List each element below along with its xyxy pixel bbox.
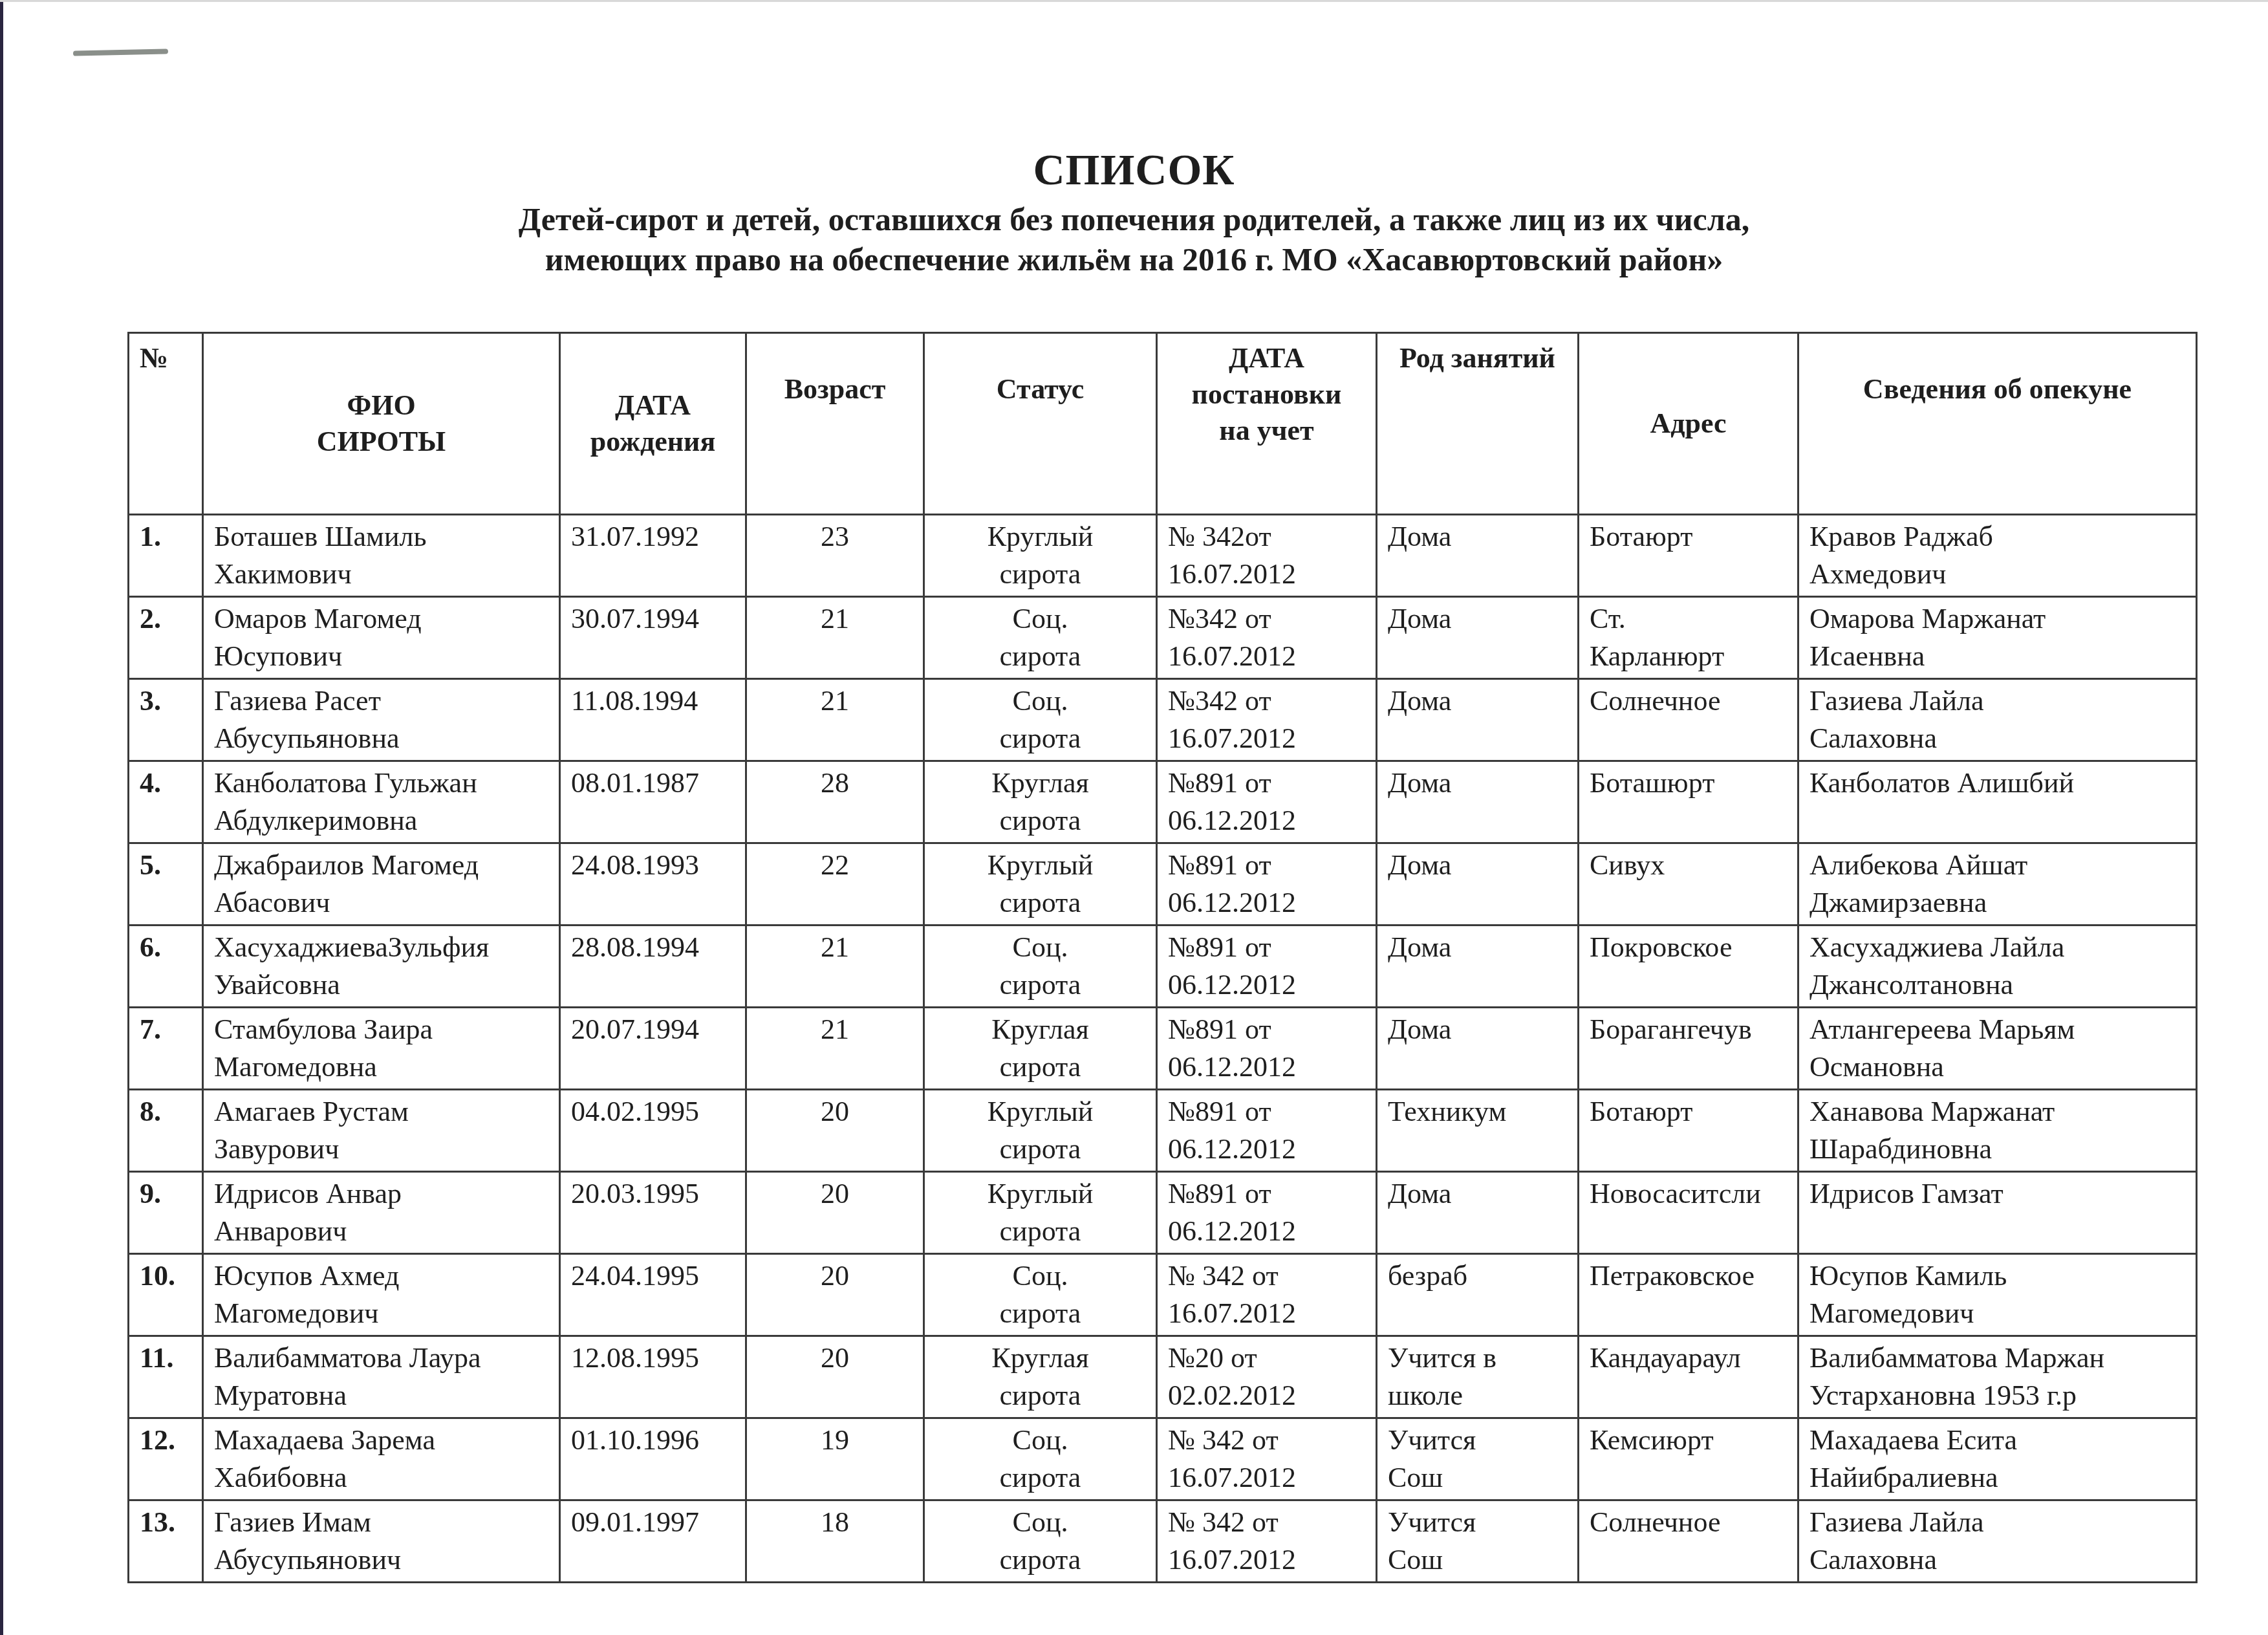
cell-status-line: сирота (935, 884, 1145, 922)
cell-birth-date: 12.08.1995 (560, 1336, 746, 1418)
cell-num: 8. (129, 1090, 203, 1172)
cell-age: 23 (746, 515, 924, 597)
cell-address: Сивух (1579, 843, 1798, 926)
cell-status-line: сирота (935, 802, 1145, 839)
cell-name-line: Абасович (214, 884, 548, 922)
cell-occupation: УчитсяСош (1377, 1418, 1579, 1500)
cell-guardian-line: Шарабдиновна (1809, 1131, 2185, 1168)
cell-age: 20 (746, 1336, 924, 1418)
cell-guardian-line: Валибамматова Маржан (1809, 1339, 2185, 1377)
cell-name-line: Завурович (214, 1131, 548, 1168)
table-row: 4.Канболатова ГульжанАбдулкеримовна08.01… (129, 761, 2197, 843)
cell-registration-line: 06.12.2012 (1168, 1213, 1365, 1250)
cell-name-line: Джабраилов Магомед (214, 847, 548, 884)
cell-status-line: сирота (935, 1377, 1145, 1414)
cell-name: Омаров МагомедЮсупович (203, 597, 560, 679)
cell-registration-line: 02.02.2012 (1168, 1377, 1365, 1414)
header-birth-line-2: рождения (571, 424, 735, 460)
cell-occupation-line: Сош (1388, 1541, 1567, 1579)
cell-registration-line: 06.12.2012 (1168, 884, 1365, 922)
header-guardian: Сведения об опекуне (1798, 333, 2197, 515)
table-header-row: № ФИО СИРОТЫ ДАТА рождения Возраст Стату… (129, 333, 2197, 515)
cell-occupation-line: Дома (1388, 929, 1567, 966)
cell-registration-line: №20 от (1168, 1339, 1365, 1377)
cell-name-line: Боташев Шамиль (214, 518, 548, 556)
cell-name: ХасухаджиеваЗульфияУвайсовна (203, 926, 560, 1008)
cell-registration-line: №891 от (1168, 1175, 1365, 1213)
cell-address-line: Кемсиюрт (1590, 1422, 1787, 1459)
cell-status-line: Круглый (935, 1093, 1145, 1131)
cell-guardian: Газиева ЛайлаСалаховна (1798, 1500, 2197, 1583)
cell-age: 21 (746, 679, 924, 761)
cell-registration: №891 от06.12.2012 (1157, 1008, 1377, 1090)
cell-registration-line: № 342 от (1168, 1422, 1365, 1459)
header-num-label: № (140, 342, 168, 374)
header-age: Возраст (746, 333, 924, 515)
cell-registration-line: 16.07.2012 (1168, 1295, 1365, 1332)
cell-name: Стамбулова ЗаираМагомедовна (203, 1008, 560, 1090)
cell-status-line: сирота (935, 1048, 1145, 1086)
cell-occupation-line: Дома (1388, 682, 1567, 720)
header-reg-line-3: на учет (1168, 413, 1365, 449)
cell-guardian-line: Атлангереева Марьям (1809, 1011, 2185, 1048)
cell-status: Круглыйсирота (924, 1172, 1157, 1254)
cell-registration: №891 от06.12.2012 (1157, 926, 1377, 1008)
cell-birth-date: 31.07.1992 (560, 515, 746, 597)
cell-occupation-line: Учится в (1388, 1339, 1567, 1377)
cell-name-line: Абусупьянович (214, 1541, 548, 1579)
cell-status-line: Круглая (935, 764, 1145, 802)
cell-birth-date: 30.07.1994 (560, 597, 746, 679)
cell-age: 28 (746, 761, 924, 843)
cell-registration-line: 16.07.2012 (1168, 720, 1365, 757)
cell-status-line: Круглая (935, 1011, 1145, 1048)
cell-name-line: Анварович (214, 1213, 548, 1250)
cell-occupation: Техникум (1377, 1090, 1579, 1172)
cell-registration-line: 06.12.2012 (1168, 966, 1365, 1004)
cell-age: 22 (746, 843, 924, 926)
cell-occupation: Дома (1377, 1172, 1579, 1254)
cell-name: Канболатова ГульжанАбдулкеримовна (203, 761, 560, 843)
cell-registration: №891 от06.12.2012 (1157, 843, 1377, 926)
cell-guardian: Атлангереева МарьямОсмановна (1798, 1008, 2197, 1090)
cell-address-line: Кандауараул (1590, 1339, 1787, 1377)
cell-birth-date: 28.08.1994 (560, 926, 746, 1008)
cell-status: Соц.сирота (924, 679, 1157, 761)
cell-registration: № 342 от16.07.2012 (1157, 1418, 1377, 1500)
cell-address: Покровское (1579, 926, 1798, 1008)
orphans-table: № ФИО СИРОТЫ ДАТА рождения Возраст Стату… (127, 332, 2198, 1583)
cell-occupation-line: безраб (1388, 1257, 1567, 1295)
cell-registration: №342 от16.07.2012 (1157, 679, 1377, 761)
cell-age: 19 (746, 1418, 924, 1500)
cell-status-line: сирота (935, 556, 1145, 593)
cell-guardian-line: Ханавова Маржанат (1809, 1093, 2185, 1131)
cell-occupation-line: Дома (1388, 1175, 1567, 1213)
cell-status-line: Круглая (935, 1339, 1145, 1377)
cell-num: 1. (129, 515, 203, 597)
cell-address-line: Сивух (1590, 847, 1787, 884)
cell-address-line: Ботаюрт (1590, 1093, 1787, 1131)
cell-registration: № 342 от16.07.2012 (1157, 1500, 1377, 1583)
cell-name: Газиев ИмамАбусупьянович (203, 1500, 560, 1583)
table-row: 3.Газиева РасетАбусупьяновна11.08.199421… (129, 679, 2197, 761)
cell-guardian: Ханавова МаржанатШарабдиновна (1798, 1090, 2197, 1172)
cell-age: 18 (746, 1500, 924, 1583)
cell-num: 10. (129, 1254, 203, 1336)
cell-registration-line: 16.07.2012 (1168, 638, 1365, 675)
cell-guardian-line: Джансолтановна (1809, 966, 2185, 1004)
cell-num: 3. (129, 679, 203, 761)
cell-status: Соц.сирота (924, 1254, 1157, 1336)
cell-guardian-line: Омарова Маржанат (1809, 600, 2185, 638)
cell-status-line: сирота (935, 1131, 1145, 1168)
cell-guardian-line: Ахмедович (1809, 556, 2185, 593)
cell-status-line: сирота (935, 638, 1145, 675)
cell-occupation-line: школе (1388, 1377, 1567, 1414)
cell-guardian-line: Устархановна 1953 г.р (1809, 1377, 2185, 1414)
cell-occupation-line: Техникум (1388, 1093, 1567, 1131)
header-fio-line-2: СИРОТЫ (214, 424, 548, 460)
cell-num: 7. (129, 1008, 203, 1090)
cell-name-line: Магомедович (214, 1295, 548, 1332)
cell-registration: №891 от06.12.2012 (1157, 1172, 1377, 1254)
cell-status-line: сирота (935, 1459, 1145, 1497)
cell-registration-line: №891 от (1168, 1093, 1365, 1131)
cell-address: Солнечное (1579, 679, 1798, 761)
cell-status-line: Соц. (935, 1257, 1145, 1295)
cell-address-line: Петраковское (1590, 1257, 1787, 1295)
table-row: 11.Валибамматова ЛаураМуратовна12.08.199… (129, 1336, 2197, 1418)
cell-num: 6. (129, 926, 203, 1008)
cell-guardian-line: Османовна (1809, 1048, 2185, 1086)
document-subtitle: Детей-сирот и детей, оставшихся без попе… (0, 199, 2268, 279)
cell-registration-line: № 342 от (1168, 1257, 1365, 1295)
cell-num: 13. (129, 1500, 203, 1583)
cell-address-line: Солнечное (1590, 682, 1787, 720)
cell-status: Круглаясирота (924, 1008, 1157, 1090)
cell-birth-date: 20.07.1994 (560, 1008, 746, 1090)
cell-guardian-line: Кравов Раджаб (1809, 518, 2185, 556)
cell-num: 12. (129, 1418, 203, 1500)
header-guardian-label: Сведения об опекуне (1863, 373, 2132, 405)
cell-registration: №342 от16.07.2012 (1157, 597, 1377, 679)
cell-occupation-line: Дома (1388, 847, 1567, 884)
cell-occupation: Дома (1377, 1008, 1579, 1090)
cell-status-line: Круглый (935, 1175, 1145, 1213)
cell-address-line: Ст. (1590, 600, 1787, 638)
cell-name: Газиева РасетАбусупьяновна (203, 679, 560, 761)
cell-num: 9. (129, 1172, 203, 1254)
cell-address: Ботаюрт (1579, 1090, 1798, 1172)
cell-occupation-line: Учится (1388, 1504, 1567, 1541)
cell-guardian: Махадаева ЕситаНайибралиевна (1798, 1418, 2197, 1500)
cell-name-line: Идрисов Анвар (214, 1175, 548, 1213)
cell-address-line: Боташюрт (1590, 764, 1787, 802)
cell-guardian-line: Исаенвна (1809, 638, 2185, 675)
cell-registration-line: 16.07.2012 (1168, 1459, 1365, 1497)
cell-guardian-line: Джамирзаевна (1809, 884, 2185, 922)
cell-name: Валибамматова ЛаураМуратовна (203, 1336, 560, 1418)
cell-name-line: Валибамматова Лаура (214, 1339, 548, 1377)
cell-guardian-line: Магомедович (1809, 1295, 2185, 1332)
cell-occupation-line: Учится (1388, 1422, 1567, 1459)
cell-status-line: Соц. (935, 1422, 1145, 1459)
cell-registration-line: №891 от (1168, 929, 1365, 966)
cell-address-line: Ботаюрт (1590, 518, 1787, 556)
cell-occupation: Дома (1377, 761, 1579, 843)
table-row: 12.Махадаева ЗаремаХабибовна01.10.199619… (129, 1418, 2197, 1500)
cell-registration-line: № 342 от (1168, 1504, 1365, 1541)
cell-name-line: ХасухаджиеваЗульфия (214, 929, 548, 966)
cell-occupation-line: Дома (1388, 518, 1567, 556)
cell-registration-line: №342 от (1168, 600, 1365, 638)
header-fio: ФИО СИРОТЫ (203, 333, 560, 515)
cell-registration: № 342 от16.07.2012 (1157, 1254, 1377, 1336)
cell-status: Соц.сирота (924, 597, 1157, 679)
cell-name-line: Омаров Магомед (214, 600, 548, 638)
cell-name: Амагаев РустамЗавурович (203, 1090, 560, 1172)
cell-address: Кандауараул (1579, 1336, 1798, 1418)
header-birth-line-1: ДАТА (571, 387, 735, 424)
cell-num: 5. (129, 843, 203, 926)
cell-occupation-line: Сош (1388, 1459, 1567, 1497)
cell-status: Круглыйсирота (924, 515, 1157, 597)
cell-status-line: Соц. (935, 682, 1145, 720)
cell-name: Идрисов АнварАнварович (203, 1172, 560, 1254)
cell-occupation: Дома (1377, 926, 1579, 1008)
cell-guardian: Идрисов Гамзат (1798, 1172, 2197, 1254)
cell-birth-date: 24.08.1993 (560, 843, 746, 926)
cell-birth-date: 01.10.1996 (560, 1418, 746, 1500)
cell-name-line: Махадаева Зарема (214, 1422, 548, 1459)
cell-status: Круглыйсирота (924, 843, 1157, 926)
cell-name-line: Канболатова Гульжан (214, 764, 548, 802)
cell-guardian: Кравов РаджабАхмедович (1798, 515, 2197, 597)
cell-registration-line: 16.07.2012 (1168, 1541, 1365, 1579)
cell-num: 2. (129, 597, 203, 679)
cell-status: Круглыйсирота (924, 1090, 1157, 1172)
cell-status: Соц.сирота (924, 1418, 1157, 1500)
cell-age: 21 (746, 926, 924, 1008)
cell-guardian: Канболатов Алишбий (1798, 761, 2197, 843)
header-status-label: Статус (997, 373, 1084, 405)
cell-status-line: Круглый (935, 518, 1145, 556)
cell-occupation: Учится вшколе (1377, 1336, 1579, 1418)
table-row: 13.Газиев ИмамАбусупьянович09.01.199718С… (129, 1500, 2197, 1583)
staple-mark (73, 49, 168, 56)
header-birth-date: ДАТА рождения (560, 333, 746, 515)
cell-status-line: сирота (935, 1295, 1145, 1332)
cell-status-line: Соц. (935, 929, 1145, 966)
cell-guardian-line: Идрисов Гамзат (1809, 1175, 2185, 1213)
cell-name-line: Муратовна (214, 1377, 548, 1414)
cell-address-line: Покровское (1590, 929, 1787, 966)
table-body: 1.Боташев ШамильХакимович31.07.199223Кру… (129, 515, 2197, 1583)
cell-status-line: сирота (935, 1213, 1145, 1250)
cell-status-line: Соц. (935, 1504, 1145, 1541)
cell-status: Соц.сирота (924, 1500, 1157, 1583)
cell-address: Кемсиюрт (1579, 1418, 1798, 1500)
cell-guardian-line: Салаховна (1809, 1541, 2185, 1579)
table-row: 5.Джабраилов МагомедАбасович24.08.199322… (129, 843, 2197, 926)
header-address-label: Адрес (1650, 407, 1726, 439)
cell-birth-date: 09.01.1997 (560, 1500, 746, 1583)
cell-num: 11. (129, 1336, 203, 1418)
cell-birth-date: 11.08.1994 (560, 679, 746, 761)
cell-guardian-line: Газиева Лайла (1809, 1504, 2185, 1541)
cell-name-line: Газиев Имам (214, 1504, 548, 1541)
document-title: СПИСОК (0, 144, 2268, 195)
cell-occupation: безраб (1377, 1254, 1579, 1336)
cell-status-line: сирота (935, 966, 1145, 1004)
cell-guardian: Алибекова АйшатДжамирзаевна (1798, 843, 2197, 926)
cell-registration-line: №891 от (1168, 1011, 1365, 1048)
cell-name-line: Юсупов Ахмед (214, 1257, 548, 1295)
cell-guardian: Хасухаджиева ЛайлаДжансолтановна (1798, 926, 2197, 1008)
cell-name-line: Абдулкеримовна (214, 802, 548, 839)
cell-guardian: Газиева ЛайлаСалаховна (1798, 679, 2197, 761)
cell-address-line: Борагангечув (1590, 1011, 1787, 1048)
cell-age: 21 (746, 597, 924, 679)
cell-address-line: Солнечное (1590, 1504, 1787, 1541)
cell-guardian-line: Юсупов Камиль (1809, 1257, 2185, 1295)
cell-registration-line: №891 от (1168, 847, 1365, 884)
cell-registration: № 342от16.07.2012 (1157, 515, 1377, 597)
cell-registration-line: 06.12.2012 (1168, 1048, 1365, 1086)
cell-address: Борагангечув (1579, 1008, 1798, 1090)
cell-name: Юсупов АхмедМагомедович (203, 1254, 560, 1336)
cell-registration-line: 16.07.2012 (1168, 556, 1365, 593)
cell-status-line: Круглый (935, 847, 1145, 884)
cell-status: Круглаясирота (924, 1336, 1157, 1418)
document-heading: СПИСОК Детей-сирот и детей, оставшихся б… (0, 144, 2268, 279)
cell-registration-line: 06.12.2012 (1168, 1131, 1365, 1168)
cell-birth-date: 20.03.1995 (560, 1172, 746, 1254)
cell-guardian-line: Хасухаджиева Лайла (1809, 929, 2185, 966)
cell-age: 20 (746, 1172, 924, 1254)
cell-address-line: Карланюрт (1590, 638, 1787, 675)
table-row: 6.ХасухаджиеваЗульфияУвайсовна28.08.1994… (129, 926, 2197, 1008)
cell-age: 21 (746, 1008, 924, 1090)
table-row: 10.Юсупов АхмедМагомедович24.04.199520Со… (129, 1254, 2197, 1336)
cell-address: Петраковское (1579, 1254, 1798, 1336)
cell-occupation: Дома (1377, 679, 1579, 761)
header-num: № (129, 333, 203, 515)
cell-name-line: Стамбулова Заира (214, 1011, 548, 1048)
cell-guardian-line: Махадаева Есита (1809, 1422, 2185, 1459)
cell-occupation-line: Дома (1388, 764, 1567, 802)
cell-registration-line: №891 от (1168, 764, 1365, 802)
cell-name-line: Юсупович (214, 638, 548, 675)
cell-guardian-line: Алибекова Айшат (1809, 847, 2185, 884)
cell-name-line: Абусупьяновна (214, 720, 548, 757)
cell-name: Махадаева ЗаремаХабибовна (203, 1418, 560, 1500)
table-row: 9.Идрисов АнварАнварович20.03.199520Круг… (129, 1172, 2197, 1254)
cell-guardian-line: Газиева Лайла (1809, 682, 2185, 720)
cell-name-line: Хакимович (214, 556, 548, 593)
cell-registration-line: 06.12.2012 (1168, 802, 1365, 839)
scan-top-edge (0, 0, 2268, 2)
cell-occupation-line: Дома (1388, 1011, 1567, 1048)
cell-name-line: Газиева Расет (214, 682, 548, 720)
cell-guardian: Валибамматова МаржанУстархановна 1953 г.… (1798, 1336, 2197, 1418)
cell-guardian-line: Канболатов Алишбий (1809, 764, 2185, 802)
cell-birth-date: 24.04.1995 (560, 1254, 746, 1336)
cell-occupation: УчитсяСош (1377, 1500, 1579, 1583)
cell-address: Боташюрт (1579, 761, 1798, 843)
cell-registration: №891 от06.12.2012 (1157, 1090, 1377, 1172)
cell-name-line: Амагаев Рустам (214, 1093, 548, 1131)
table-row: 7.Стамбулова ЗаираМагомедовна20.07.19942… (129, 1008, 2197, 1090)
cell-occupation: Дома (1377, 515, 1579, 597)
header-occupation-label: Род занятий (1399, 342, 1555, 374)
header-address: Адрес (1579, 333, 1798, 515)
cell-occupation: Дома (1377, 597, 1579, 679)
cell-name: Джабраилов МагомедАбасович (203, 843, 560, 926)
cell-registration-line: №342 от (1168, 682, 1365, 720)
header-occupation: Род занятий (1377, 333, 1579, 515)
cell-status-line: сирота (935, 1541, 1145, 1579)
table-row: 8.Амагаев РустамЗавурович04.02.199520Кру… (129, 1090, 2197, 1172)
cell-name: Боташев ШамильХакимович (203, 515, 560, 597)
cell-age: 20 (746, 1254, 924, 1336)
header-reg-line-1: ДАТА (1168, 340, 1365, 376)
cell-status-line: сирота (935, 720, 1145, 757)
header-reg-line-2: постановки (1168, 376, 1365, 413)
cell-guardian-line: Найибралиевна (1809, 1459, 2185, 1497)
cell-birth-date: 04.02.1995 (560, 1090, 746, 1172)
header-registration-date: ДАТА постановки на учет (1157, 333, 1377, 515)
cell-status: Круглаясирота (924, 761, 1157, 843)
cell-address: Солнечное (1579, 1500, 1798, 1583)
subtitle-line-1: Детей-сирот и детей, оставшихся без попе… (0, 199, 2268, 239)
header-fio-line-1: ФИО (214, 387, 548, 424)
cell-name-line: Хабибовна (214, 1459, 548, 1497)
cell-guardian: Юсупов КамильМагомедович (1798, 1254, 2197, 1336)
cell-status: Соц.сирота (924, 926, 1157, 1008)
cell-birth-date: 08.01.1987 (560, 761, 746, 843)
header-age-label: Возраст (784, 373, 886, 405)
cell-name-line: Магомедовна (214, 1048, 548, 1086)
table-row: 1.Боташев ШамильХакимович31.07.199223Кру… (129, 515, 2197, 597)
table-row: 2.Омаров МагомедЮсупович30.07.199421Соц.… (129, 597, 2197, 679)
subtitle-line-2: имеющих право на обеспечение жильём на 2… (0, 239, 2268, 279)
cell-occupation: Дома (1377, 843, 1579, 926)
cell-address-line: Новосаситсли (1590, 1175, 1787, 1213)
cell-status-line: Соц. (935, 600, 1145, 638)
cell-age: 20 (746, 1090, 924, 1172)
cell-address: Новосаситсли (1579, 1172, 1798, 1254)
cell-guardian: Омарова МаржанатИсаенвна (1798, 597, 2197, 679)
header-status: Статус (924, 333, 1157, 515)
cell-name-line: Увайсовна (214, 966, 548, 1004)
cell-registration: №891 от06.12.2012 (1157, 761, 1377, 843)
cell-num: 4. (129, 761, 203, 843)
cell-guardian-line: Салаховна (1809, 720, 2185, 757)
cell-registration-line: № 342от (1168, 518, 1365, 556)
cell-address: Ст.Карланюрт (1579, 597, 1798, 679)
cell-occupation-line: Дома (1388, 600, 1567, 638)
cell-registration: №20 от02.02.2012 (1157, 1336, 1377, 1418)
cell-address: Ботаюрт (1579, 515, 1798, 597)
